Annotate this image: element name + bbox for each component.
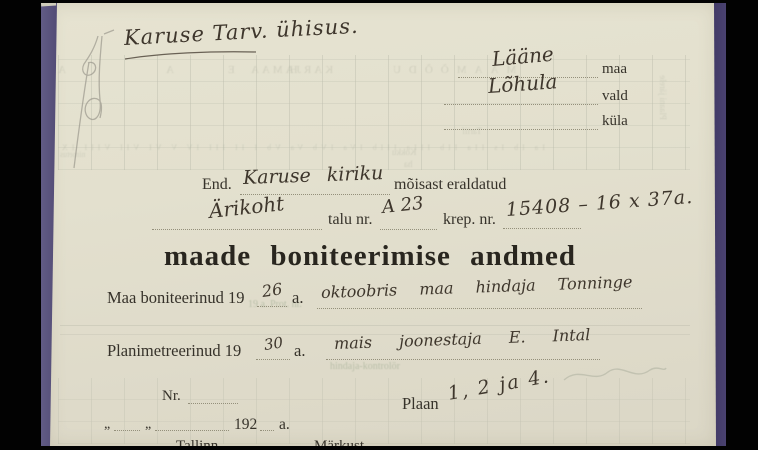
- showthrough-green-text: hindaja-kontrolör: [330, 361, 400, 372]
- showthrough-line: [60, 325, 690, 326]
- dotted-line-ditto-1: [114, 429, 140, 431]
- krep-nr-label: krep. nr.: [443, 211, 496, 229]
- plaan-label: Plaan: [402, 394, 439, 414]
- dotted-line-bonit-year: [257, 305, 287, 307]
- bonit-label: Maa boniteerinud 19: [107, 288, 244, 308]
- dotted-line-planim-note: [326, 358, 600, 360]
- talu-nr-label: talu nr.: [328, 211, 372, 229]
- handwritten-planim-year: 30: [263, 333, 284, 353]
- planim-label: Planimetreerinud 19: [107, 341, 241, 361]
- dotted-line-farm-name: [152, 228, 322, 230]
- dotted-line-bonit-note: [317, 307, 642, 309]
- dotted-line-nr: [188, 402, 238, 404]
- handwritten-bonit-year: 26: [261, 279, 284, 301]
- planim-a-label: a.: [294, 341, 305, 361]
- dotted-line-ditto-2: [155, 429, 229, 431]
- showthrough-vertical-text: Plaani järele: [658, 75, 668, 120]
- moisast-eraldatud-label: mõisast eraldatud: [394, 176, 506, 194]
- ink-underline: [122, 48, 262, 62]
- nr-label: Nr.: [162, 388, 181, 405]
- handwritten-talu-nr: A 23: [381, 193, 425, 218]
- scanned-document-page: A H E A KARJAMAA MAAMÕÕDU Tariif Kokku h…: [0, 0, 758, 450]
- vald-label: vald: [602, 88, 628, 105]
- page-title: maade boniteerimise andmed: [130, 240, 610, 273]
- bonit-a-label: a.: [292, 288, 303, 308]
- dotted-line-kyla: [444, 128, 598, 130]
- year-192-label: 192: [234, 416, 257, 434]
- end-label: End.: [202, 176, 232, 194]
- scan-border-top: [0, 0, 758, 3]
- scan-border-bottom: [0, 446, 758, 450]
- handwritten-parish: Lõhula: [487, 69, 558, 98]
- dotted-line-year: [260, 429, 274, 431]
- dotted-line-talu-nr: [380, 228, 437, 230]
- year-a-label: a.: [279, 416, 290, 434]
- maa-label: maa: [602, 61, 627, 78]
- ditto-mark: „: [145, 417, 151, 433]
- dotted-line-planim-year: [256, 358, 290, 360]
- ditto-mark: „: [104, 417, 110, 433]
- dotted-line-vald: [444, 103, 598, 105]
- showthrough-text: ha: [404, 159, 413, 169]
- dotted-line-krep-nr: [503, 227, 581, 229]
- kyla-label: küla: [602, 113, 628, 130]
- pencil-scribble: [60, 28, 140, 268]
- showthrough-signature: [560, 358, 670, 390]
- showthrough-text: KARJAMAA: [248, 64, 333, 76]
